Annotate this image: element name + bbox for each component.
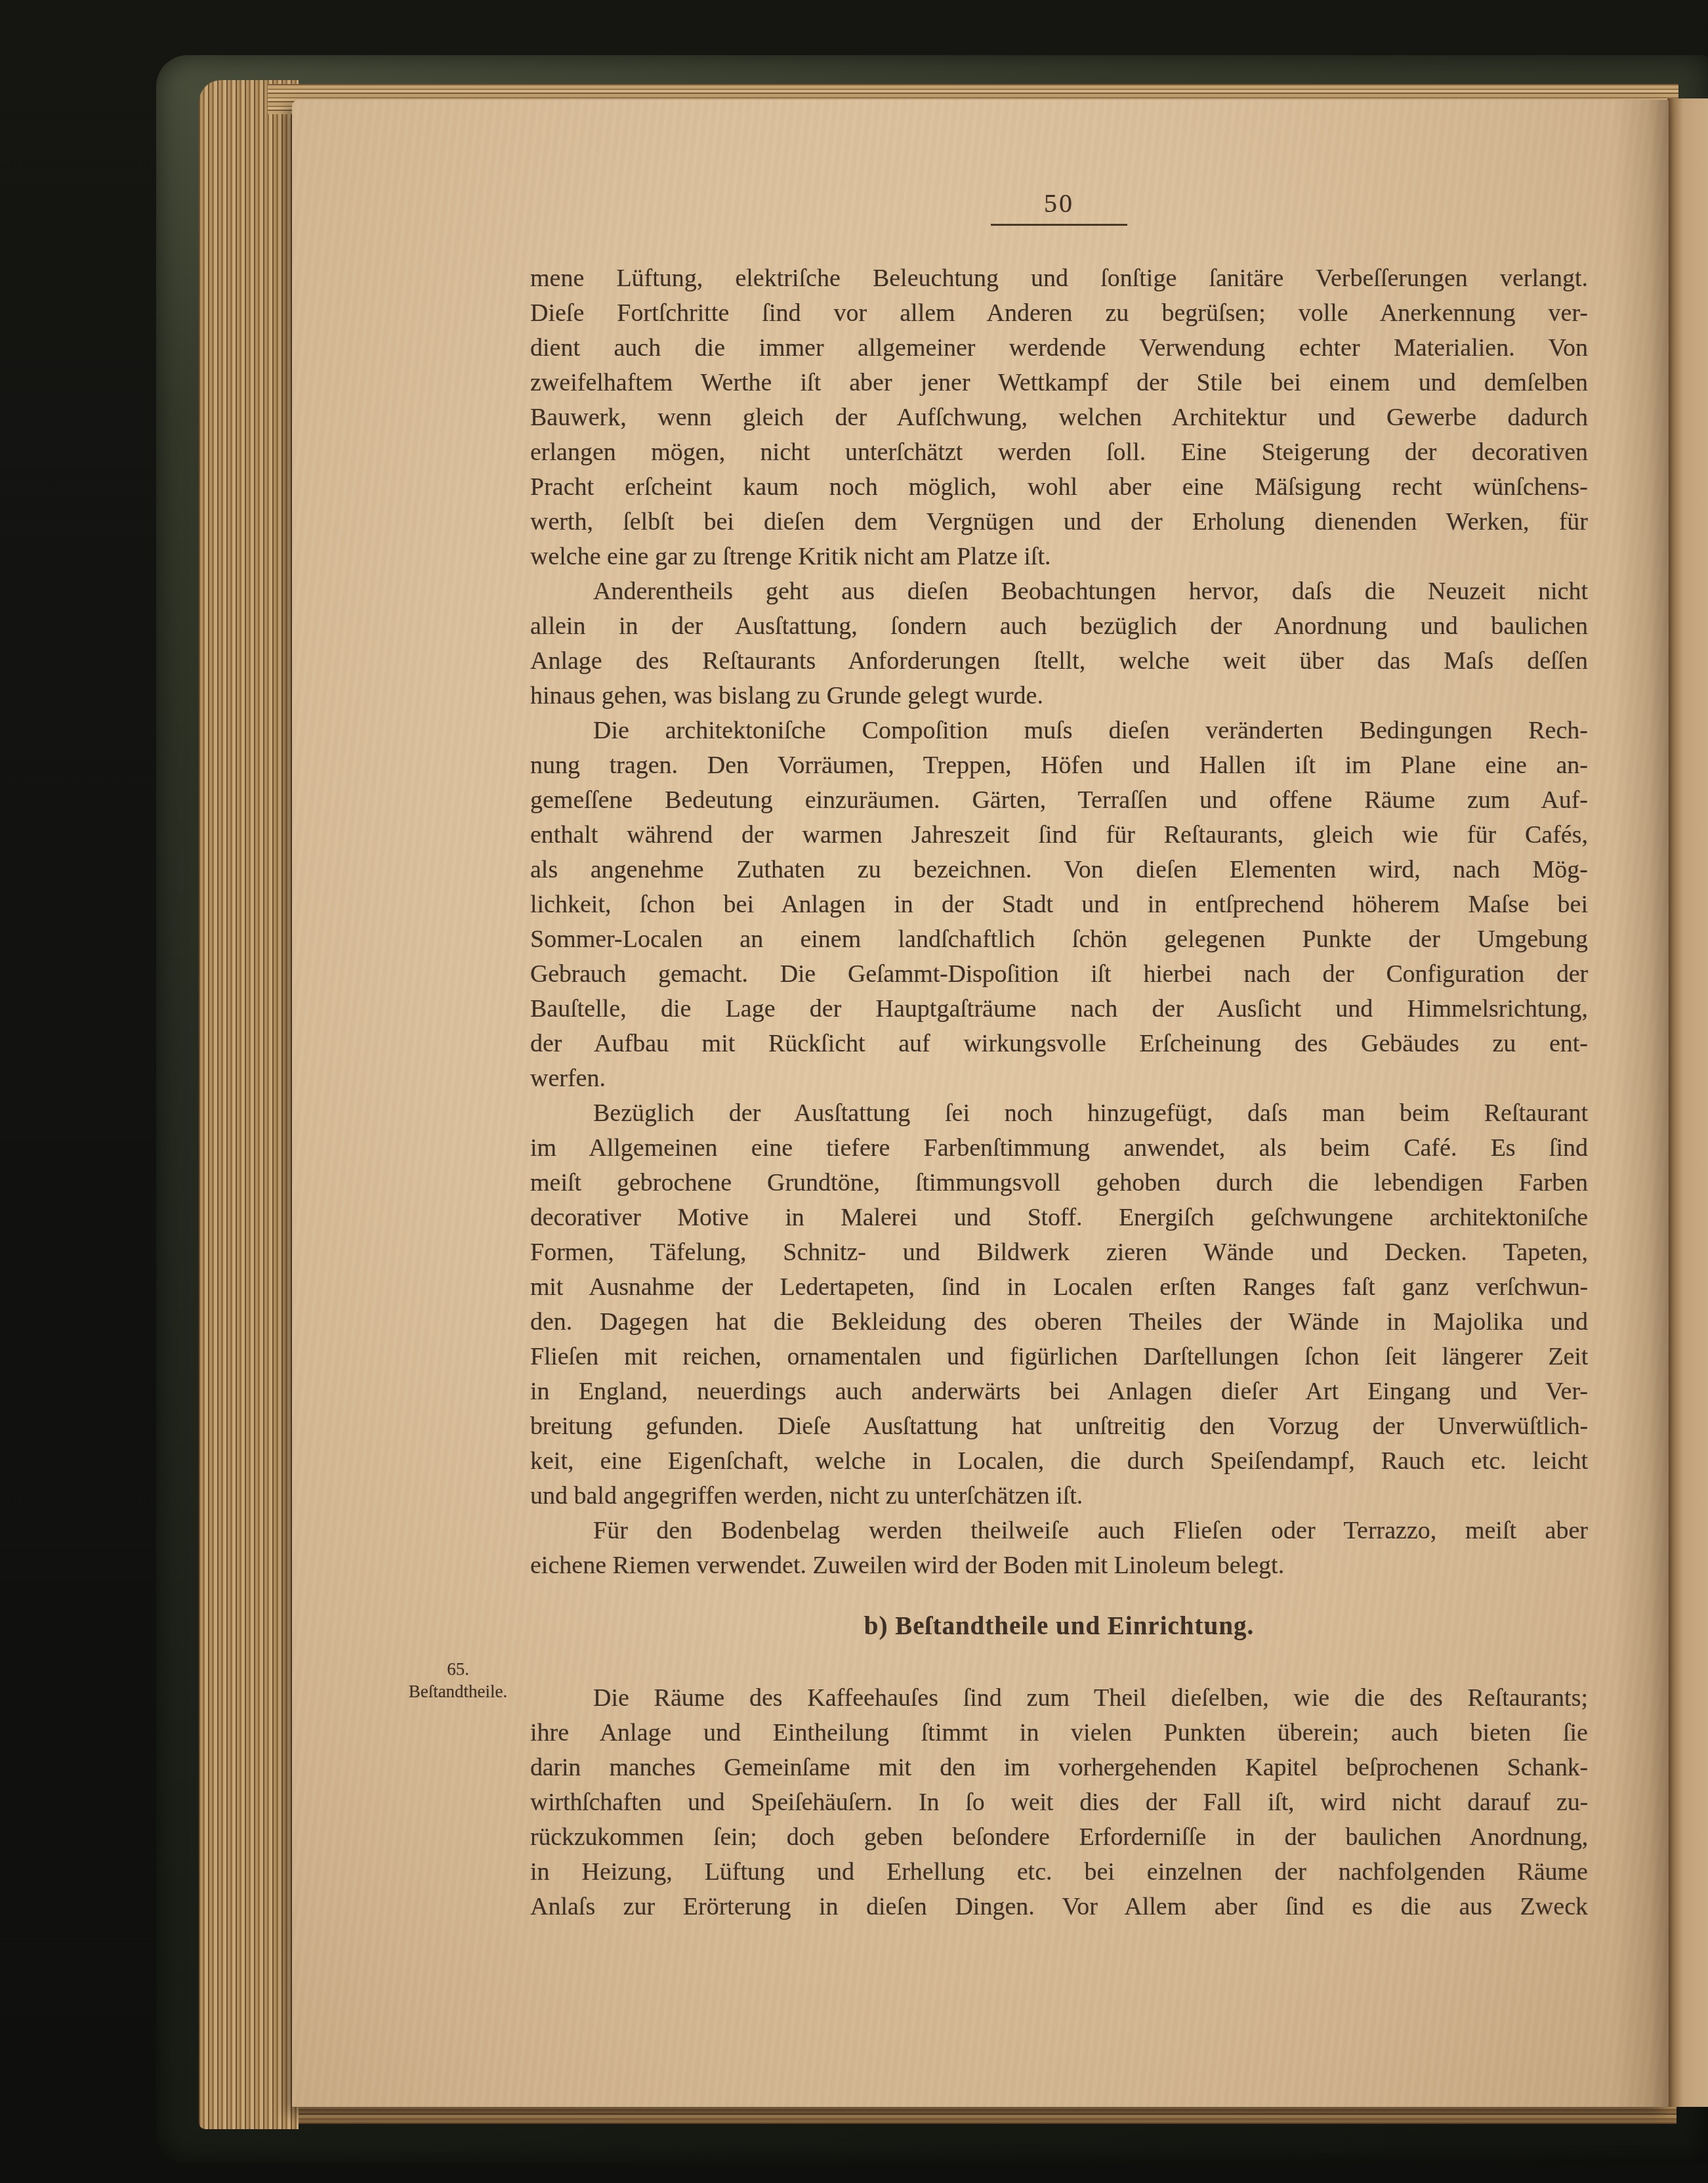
text-line: enthalt während der warmen Jahreszeit ſi… [530,818,1588,853]
text-line: erlangen mögen, nicht unterſchätzt werde… [530,435,1588,470]
margin-note: 65. Beſtandtheile. [390,1658,526,1703]
text-line: werfen. [530,1061,1588,1096]
text-line: Bezüglich der Ausſtattung ſei noch hinzu… [530,1096,1588,1131]
section-heading: b) Beſtandtheile und Einrichtung. [530,1607,1588,1646]
text-line: den. Dagegen hat die Bekleidung des ober… [530,1305,1588,1340]
text-line: in Heizung, Lüftung und Erhellung etc. b… [530,1855,1588,1890]
margin-note-number: 65. [390,1658,526,1680]
text-line: ihre Anlage und Eintheilung ſtimmt in vi… [530,1716,1588,1750]
text-line: Gebrauch gemacht. Die Geſammt-Dispoſitio… [530,957,1588,992]
text-line: Pracht erſcheint kaum noch möglich, wohl… [530,470,1588,505]
text-line: als angenehme Zuthaten zu bezeichnen. Vo… [530,853,1588,887]
text-line: allein in der Ausſtattung, ſondern auch … [530,609,1588,644]
text-line: meiſt gebrochene Grundtöne, ſtimmungsvol… [530,1166,1588,1200]
text-line: wirthſchaften und Speiſehäuſern. In ſo w… [530,1785,1588,1820]
text-block-lower: Die Räume des Kaffeehauſes ſind zum Thei… [530,1681,1588,1924]
text-line: dient auch die immer allgemeiner werdend… [530,331,1588,366]
text-line: werth, ſelbſt bei dieſen dem Vergnügen u… [530,505,1588,540]
page-edges-left [199,80,299,2129]
text-line: der Aufbau mit Rückſicht auf wirkungsvol… [530,1027,1588,1061]
folio: 50 [530,188,1588,226]
text-line: Anlaſs zur Erörterung in dieſen Dingen. … [530,1890,1588,1924]
text-line: decorativer Motive in Malerei und Stoff.… [530,1200,1588,1235]
text-line: Für den Bodenbelag werden theilweiſe auc… [530,1514,1588,1548]
text-line: Anderentheils geht aus dieſen Beobachtun… [530,574,1588,609]
gutter-page-edge [1667,98,1708,2107]
text-line: eichene Riemen verwendet. Zuweilen wird … [530,1548,1588,1583]
text-line: Bauwerk, wenn gleich der Aufſchwung, wel… [530,400,1588,435]
text-line: mit Ausnahme der Ledertapeten, ſind in L… [530,1270,1588,1305]
text-line: Flieſen mit reichen, ornamentalen und fi… [530,1340,1588,1374]
text-block-upper: mene Lüftung, elektriſche Beleuchtung un… [530,261,1588,1583]
text-line: und bald angegriffen werden, nicht zu un… [530,1479,1588,1514]
text-line: Formen, Täfelung, Schnitz- und Bildwerk … [530,1235,1588,1270]
margin-note-label: Beſtandtheile. [390,1680,526,1703]
page-number: 50 [530,188,1588,219]
text-line: welche eine gar zu ſtrenge Kritik nicht … [530,540,1588,574]
text-line: breitung gefunden. Dieſe Ausſtattung hat… [530,1409,1588,1444]
text-line: im Allgemeinen eine tiefere Farbenſtimmu… [530,1131,1588,1166]
text-line: keit, eine Eigenſchaft, welche in Locale… [530,1444,1588,1479]
folio-rule [991,224,1127,226]
text-line: nung tragen. Den Vorräumen, Treppen, Höf… [530,748,1588,783]
text-line: zweifelhaftem Werthe iſt aber jener Wett… [530,366,1588,400]
text-line: Anlage des Reſtaurants Anforderungen ſte… [530,644,1588,679]
text-line: darin manches Gemeinſame mit den im vorh… [530,1750,1588,1785]
text-line: gemeſſene Bedeutung einzuräumen. Gärten,… [530,783,1588,818]
text-line: mene Lüftung, elektriſche Beleuchtung un… [530,261,1588,296]
text-line: hinaus gehen, was bislang zu Grunde gele… [530,679,1588,713]
book-page: 50 mene Lüftung, elektriſche Beleuchtung… [292,100,1669,2107]
text-line: Dieſe Fortſchritte ſind vor allem Andere… [530,296,1588,331]
text-line: Bauſtelle, die Lage der Hauptgaſträume n… [530,992,1588,1027]
scanned-book-photo: 50 mene Lüftung, elektriſche Beleuchtung… [0,0,1708,2183]
text-line: Die architektoniſche Compoſition muſs di… [530,713,1588,748]
text-line: rückzukommen ſein; doch geben beſondere … [530,1820,1588,1855]
text-line: Die Räume des Kaffeehauſes ſind zum Thei… [530,1681,1588,1716]
text-line: in England, neuerdings auch anderwärts b… [530,1374,1588,1409]
text-line: lichkeit, ſchon bei Anlagen in der Stadt… [530,887,1588,922]
text-line: Sommer-Localen an einem landſchaftlich ſ… [530,922,1588,957]
